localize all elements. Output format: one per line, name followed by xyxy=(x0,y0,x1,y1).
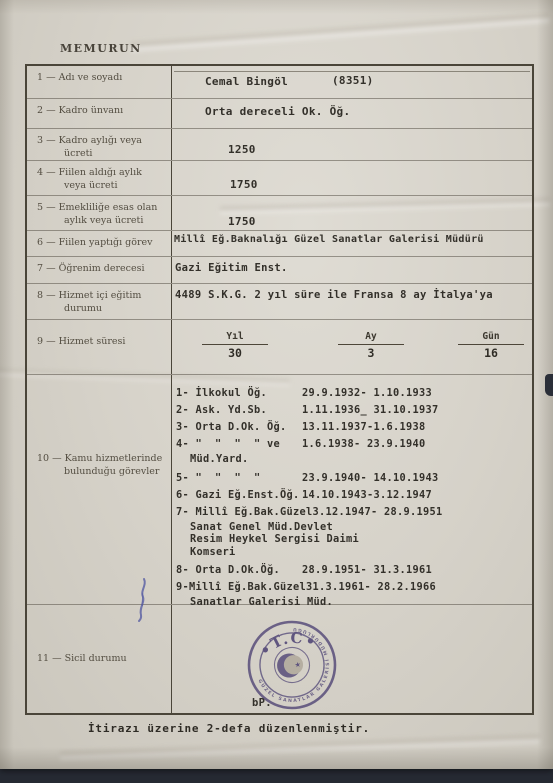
service-entry: 1- İlkokul Öğ. 29.9.1932- 1.10.1933 xyxy=(176,385,528,402)
row-label: 10 — Kamu hizmetlerinde bulunduğu görevl… xyxy=(27,375,172,604)
pension-salary-value: 1750 xyxy=(228,215,256,228)
underline-rule xyxy=(458,344,524,345)
table-row: 3 — Kadro aylığı veya ücreti 1250 xyxy=(27,129,532,161)
row-label: 9 — Hizmet süresi xyxy=(27,320,172,374)
paper-crease xyxy=(130,3,551,58)
service-history-list: 1- İlkokul Öğ. 29.9.1932- 1.10.1933 2- A… xyxy=(176,385,528,609)
service-entry-dates: 1.6.1938- 23.9.1940 xyxy=(302,436,426,453)
row-label: 7 — Öğrenim derecesi xyxy=(27,257,172,283)
service-entry-dates: 29.9.1932- 1.10.1933 xyxy=(302,385,432,402)
actual-salary-value: 1750 xyxy=(230,178,258,191)
duration-value: 30 xyxy=(202,346,268,360)
table-row: 10 — Kamu hizmetlerinde bulunduğu görevl… xyxy=(27,375,532,605)
row-label: 6 — Fiilen yaptığı görev xyxy=(27,231,172,256)
education-value: Gazi Eğitim Enst. xyxy=(175,262,288,274)
service-entry: 8- Orta D.Ok.Öğ. 28.9.1951- 31.3.1961 xyxy=(176,562,528,579)
form-heading: MEMURUN xyxy=(60,42,142,55)
row-value-cell: Gazi Eğitim Enst. xyxy=(172,257,532,283)
service-entry-continuation: Komseri xyxy=(176,546,528,559)
table-row: 6 — Fiilen yaptığı görev Millî Eğ.Baknal… xyxy=(27,231,532,257)
scanned-document: MEMURUN 1 — Adı ve soyadı Cemal Bingöl (… xyxy=(0,0,553,783)
row-label: 1 — Adı ve soyadı xyxy=(27,66,172,98)
service-entry-dates: 13.11.1937-1.6.1938 xyxy=(302,419,426,436)
row-value-cell: 1250 xyxy=(172,129,532,160)
service-entry-name: 7- Millî Eğ.Bak.Güzel xyxy=(176,504,312,521)
service-entry: 4- " " " " ve 1.6.1938- 23.9.1940 xyxy=(176,436,528,453)
service-entry: 7- Millî Eğ.Bak.Güzel 3.12.1947- 28.9.19… xyxy=(176,504,528,521)
row-value-cell: 4489 S.K.G. 2 yıl süre ile Fransa 8 ay İ… xyxy=(172,284,532,319)
duration-days: Gün 16 xyxy=(458,331,524,360)
service-entry: 9-Millî Eğ.Bak.Güzel 31.3.1961- 28.2.196… xyxy=(176,579,528,596)
service-entry: 6- Gazi Eğ.Enst.Öğ. 14.10.1943-3.12.1947 xyxy=(176,487,528,504)
service-entry-name: 3- Orta D.Ok. Öğ. xyxy=(176,419,302,436)
row-value-cell: •T.C• GÜZEL SANATLAR GALERİSİ MÜDÜRLÜĞÜ … xyxy=(172,605,532,713)
pen-squiggle-mark xyxy=(128,575,158,625)
registry-number: (8351) xyxy=(332,74,374,87)
row-value-cell: Orta dereceli Ok. Öğ. xyxy=(172,99,532,128)
row-value-cell: 1750 xyxy=(172,161,532,195)
service-entry-name: 4- " " " " ve xyxy=(176,436,302,453)
service-entry-name: 5- " " " " xyxy=(176,470,302,487)
service-entry-continuation: Müd.Yard. xyxy=(176,453,528,466)
service-entry-dates: 1.11.1936_ 31.10.1937 xyxy=(302,402,438,419)
service-entry-dates: 23.9.1940- 14.10.1943 xyxy=(302,470,438,487)
table-row: 9 — Hizmet süresi Yıl 30 Ay 3 Gün xyxy=(27,320,532,375)
table-row: 2 — Kadro ünvanı Orta dereceli Ok. Öğ. xyxy=(27,99,532,129)
row-value-cell: Cemal Bingöl (8351) xyxy=(172,66,532,98)
paper-sheet: MEMURUN 1 — Adı ve soyadı Cemal Bingöl (… xyxy=(0,0,553,769)
service-entry-name: 1- İlkokul Öğ. xyxy=(176,385,302,402)
photo-background-notch xyxy=(545,374,553,396)
service-entry-name: 2- Ask. Yd.Sb. xyxy=(176,402,302,419)
footer-annotation: İtirazı üzerine 2-defa düzenlenmiştir. xyxy=(88,722,370,735)
service-entry-dates: 31.3.1961- 28.2.1966 xyxy=(306,579,436,596)
table-row: 11 — Sicil durumu •T.C• xyxy=(27,605,532,713)
row-label: 3 — Kadro aylığı veya ücreti xyxy=(27,129,172,160)
service-entry-continuation: Sanat Genel Müd.Devlet xyxy=(176,521,528,534)
underline-rule xyxy=(202,344,268,345)
table-row: 7 — Öğrenim derecesi Gazi Eğitim Enst. xyxy=(27,257,532,284)
service-entry-name: 6- Gazi Eğ.Enst.Öğ. xyxy=(176,487,302,504)
row-label: 5 — Emekliliğe esas olan aylık veya ücre… xyxy=(27,196,172,230)
service-entry-dates: 3.12.1947- 28.9.1951 xyxy=(312,504,442,521)
row-value-cell: 1- İlkokul Öğ. 29.9.1932- 1.10.1933 2- A… xyxy=(172,375,532,604)
table-row: 5 — Emekliliğe esas olan aylık veya ücre… xyxy=(27,196,532,231)
table-row: 1 — Adı ve soyadı Cemal Bingöl (8351) xyxy=(27,66,532,99)
duration-label: Gün xyxy=(458,331,524,342)
salary-value: 1250 xyxy=(228,143,256,156)
row-value-cell: 1750 xyxy=(172,196,532,230)
star-icon: ★ xyxy=(294,661,302,670)
duration-label: Ay xyxy=(338,331,404,342)
service-entry-dates: 14.10.1943-3.12.1947 xyxy=(302,487,432,504)
table-row: 4 — Fiilen aldığı aylık veya ücreti 1750 xyxy=(27,161,532,196)
name-value: Cemal Bingöl xyxy=(205,75,288,88)
row-value-cell: Yıl 30 Ay 3 Gün 16 xyxy=(172,320,532,374)
row-label: 8 — Hizmet içi eğitim durumu xyxy=(27,284,172,319)
row-label: 2 — Kadro ünvanı xyxy=(27,99,172,128)
row-value-cell: Millî Eğ.Baknalığı Güzel Sanatlar Galeri… xyxy=(172,231,532,256)
clerk-initials: bP. xyxy=(252,697,272,709)
inservice-training-value: 4489 S.K.G. 2 yıl süre ile Fransa 8 ay İ… xyxy=(175,289,493,301)
service-entry-continuation: Resim Heykel Sergisi Daimi xyxy=(176,533,528,546)
service-entry: 3- Orta D.Ok. Öğ. 13.11.1937-1.6.1938 xyxy=(176,419,528,436)
service-entry-name: 9-Millî Eğ.Bak.Güzel xyxy=(176,579,306,596)
duration-months: Ay 3 xyxy=(338,331,404,360)
duration-value: 3 xyxy=(338,346,404,360)
duration-value: 16 xyxy=(458,346,524,360)
service-entry-dates: 28.9.1951- 31.3.1961 xyxy=(302,562,432,579)
service-entry: 2- Ask. Yd.Sb. 1.11.1936_ 31.10.1937 xyxy=(176,402,528,419)
table-row: 8 — Hizmet içi eğitim durumu 4489 S.K.G.… xyxy=(27,284,532,320)
duration-label: Yıl xyxy=(202,331,268,342)
current-duty-value: Millî Eğ.Baknalığı Güzel Sanatlar Galeri… xyxy=(174,234,484,245)
underline-rule xyxy=(338,344,404,345)
row-label: 4 — Fiilen aldığı aylık veya ücreti xyxy=(27,161,172,195)
service-entry: 5- " " " " 23.9.1940- 14.10.1943 xyxy=(176,470,528,487)
personnel-form-table: 1 — Adı ve soyadı Cemal Bingöl (8351) 2 … xyxy=(25,64,534,715)
title-value: Orta dereceli Ok. Öğ. xyxy=(205,105,350,118)
service-entry-name: 8- Orta D.Ok.Öğ. xyxy=(176,562,302,579)
duration-years: Yıl 30 xyxy=(202,331,268,360)
